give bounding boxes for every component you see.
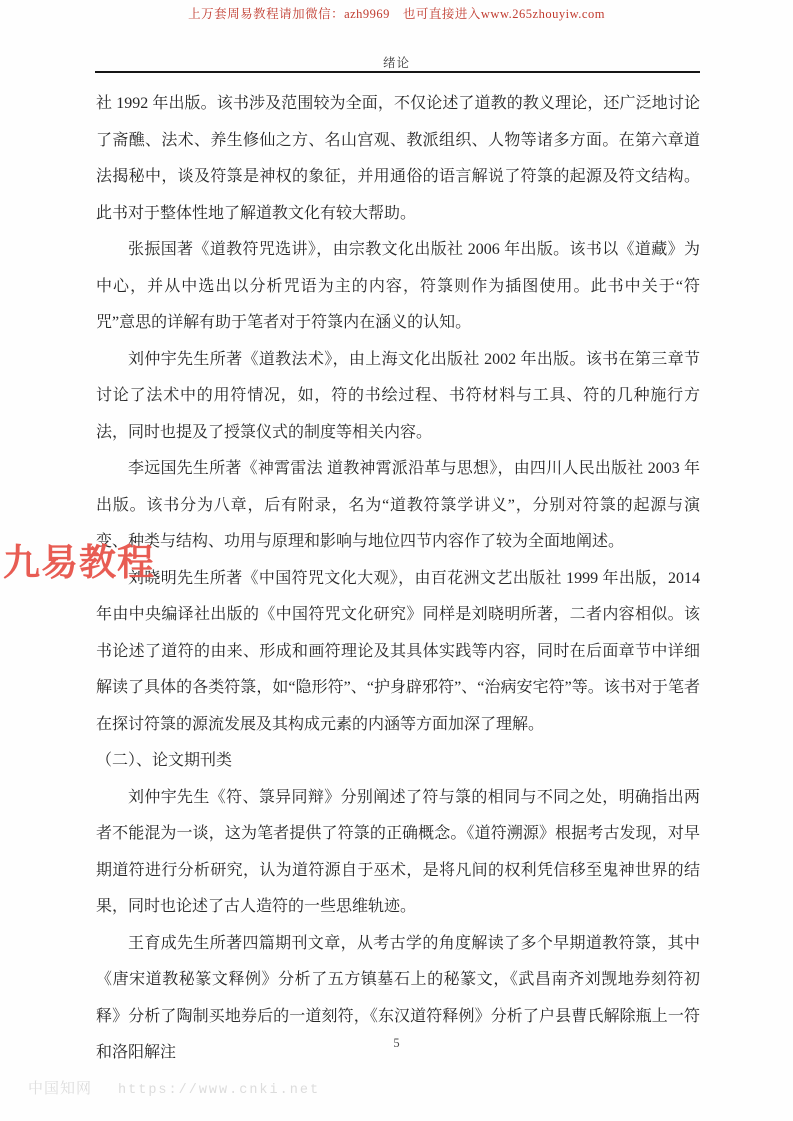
promo-header-text: 上万套周易教程请加微信：azh9969 也可直接进入www.265zhouyiw… [0,6,793,22]
cnki-footer-watermark: 中国知网 https://www.cnki.net [28,1077,320,1098]
body-paragraph: 刘仲宇先生《符、箓异同辩》分别阐述了符与箓的相同与不同之处，明确指出两者不能混为… [96,780,700,926]
body-text-column: 社 1992 年出版。该书涉及范围较为全面，不仅论述了道教的教义理论，还广泛地讨… [96,86,700,1072]
document-page: 上万套周易教程请加微信：azh9969 也可直接进入www.265zhouyiw… [0,0,793,1121]
subsection-heading: （二）、论文期刊类 [96,743,700,780]
page-number: 5 [0,1036,793,1051]
cnki-site-name: 中国知网 [28,1077,92,1098]
running-title: 绪论 [0,53,793,71]
body-paragraph: 社 1992 年出版。该书涉及范围较为全面，不仅论述了道教的教义理论，还广泛地讨… [96,86,700,232]
red-watermark: 九易教程 [3,541,155,585]
body-paragraph: 李远国先生所著《神霄雷法 道教神霄派沿革与思想》，由四川人民出版社 2003 年… [96,451,700,561]
body-paragraph: 刘晓明先生所著《中国符咒文化大观》，由百花洲文艺出版社 1999 年出版，201… [96,561,700,744]
cnki-url: https://www.cnki.net [118,1083,320,1098]
body-paragraph: 张振国著《道教符咒选讲》，由宗教文化出版社 2006 年出版。该书以《道藏》为中… [96,232,700,342]
body-paragraph: 刘仲宇先生所著《道教法术》，由上海文化出版社 2002 年出版。该书在第三章节讨… [96,342,700,452]
header-rule-divider [95,71,700,73]
